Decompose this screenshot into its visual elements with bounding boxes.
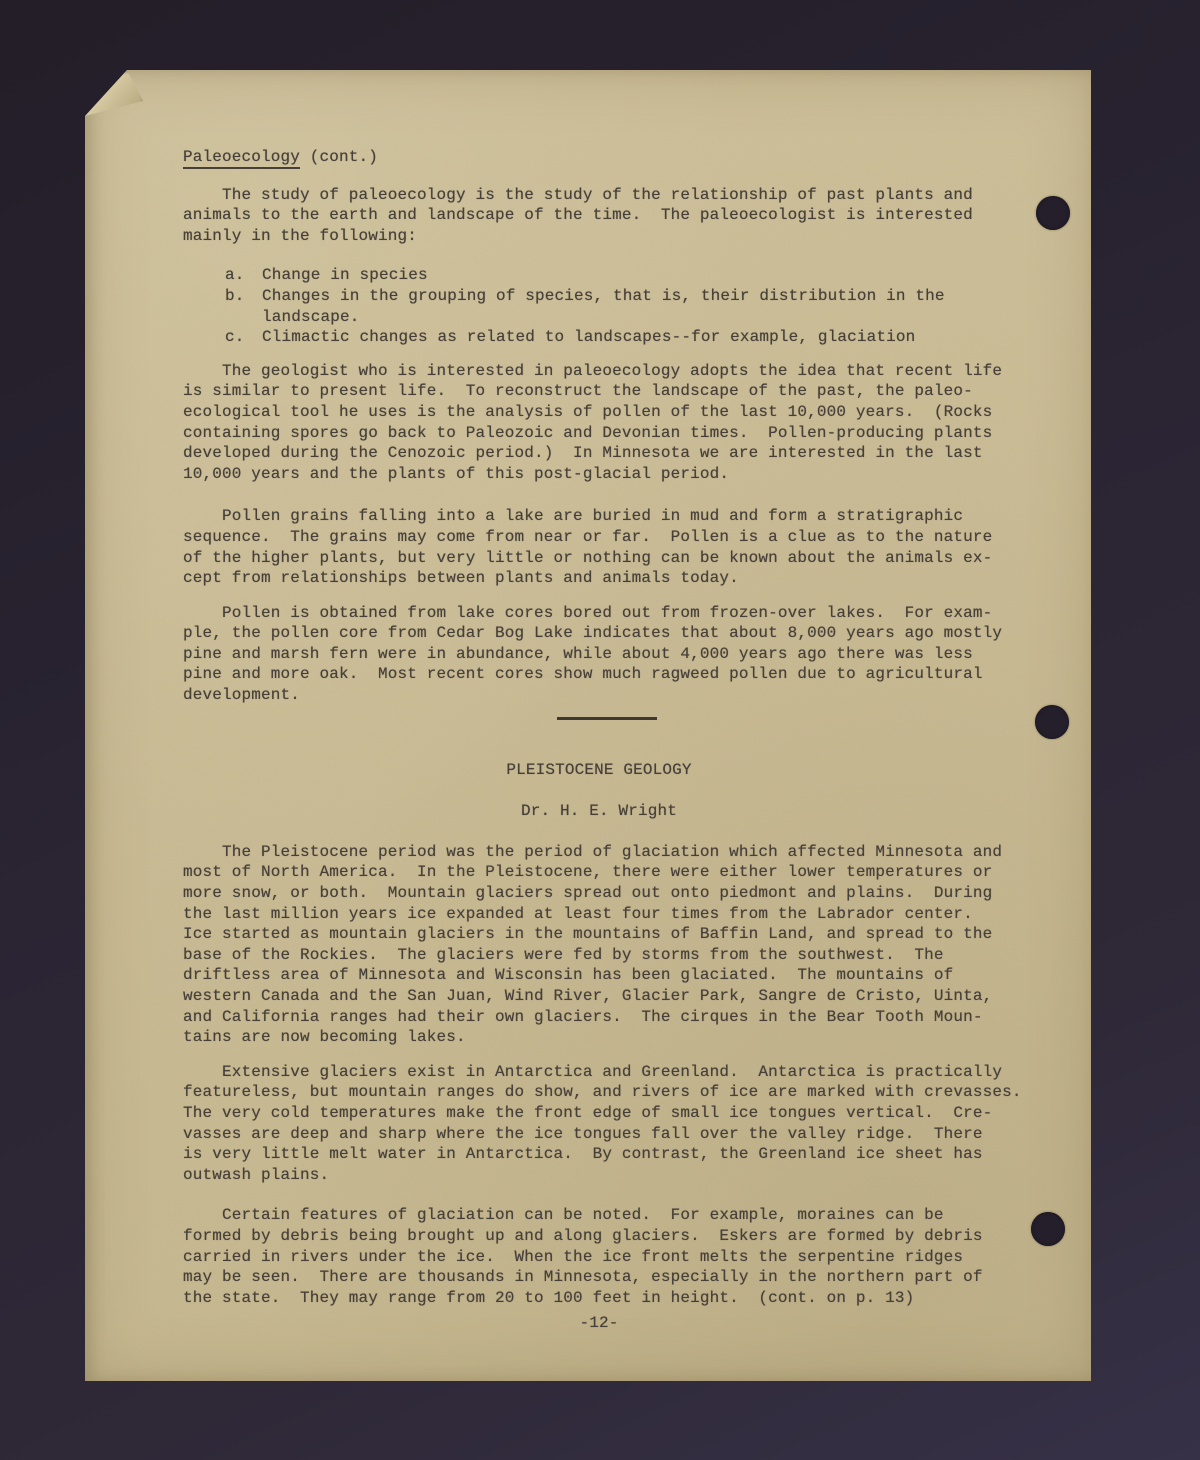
outline-list: a.Change in species b.Changes in the gro…	[183, 265, 1015, 347]
section-title: PLEISTOCENE GEOLOGY	[183, 760, 1015, 781]
paragraph-pleistocene: The Pleistocene period was the period of…	[183, 842, 1015, 1048]
section-author: Dr. H. E. Wright	[183, 801, 1015, 822]
list-marker-a: a.	[225, 265, 262, 286]
paragraph-lake-cores: Pollen is obtained from lake cores bored…	[183, 603, 1015, 706]
list-item-a: a.Change in species	[183, 265, 1015, 286]
list-text-b: Changes in the grouping of species, that…	[262, 286, 945, 327]
paragraph-pollen-grains: Pollen grains falling into a lake are bu…	[183, 506, 1015, 588]
heading-title: Paleoecology	[183, 148, 300, 169]
list-item-c: c.Climactic changes as related to landsc…	[183, 327, 1015, 348]
list-item-b: b.Changes in the grouping of species, th…	[183, 286, 1015, 327]
punch-hole-middle	[1035, 705, 1069, 739]
page-number: -12-	[183, 1313, 1015, 1334]
paragraph-intro: The study of paleoecology is the study o…	[183, 185, 1015, 247]
page-content: Paleoecology (cont.) The study of paleoe…	[183, 70, 1015, 1334]
paragraph-glaciation-features: Certain features of glaciation can be no…	[183, 1205, 1015, 1308]
paragraph-geologist: The geologist who is interested in paleo…	[183, 361, 1015, 485]
punch-hole-top	[1036, 196, 1070, 230]
punch-hole-bottom	[1031, 1212, 1065, 1246]
list-marker-b: b.	[225, 286, 262, 327]
list-marker-c: c.	[225, 327, 262, 348]
section-divider	[557, 717, 657, 720]
paragraph-glaciers-antarctica: Extensive glaciers exist in Antarctica a…	[183, 1062, 1015, 1186]
list-text-c: Climactic changes as related to landscap…	[262, 327, 915, 348]
list-text-a: Change in species	[262, 265, 428, 286]
heading-suffix: (cont.)	[300, 148, 378, 166]
corner-fold	[85, 70, 145, 120]
paper-page: Paleoecology (cont.) The study of paleoe…	[85, 70, 1091, 1381]
page-heading: Paleoecology (cont.)	[183, 147, 1015, 168]
